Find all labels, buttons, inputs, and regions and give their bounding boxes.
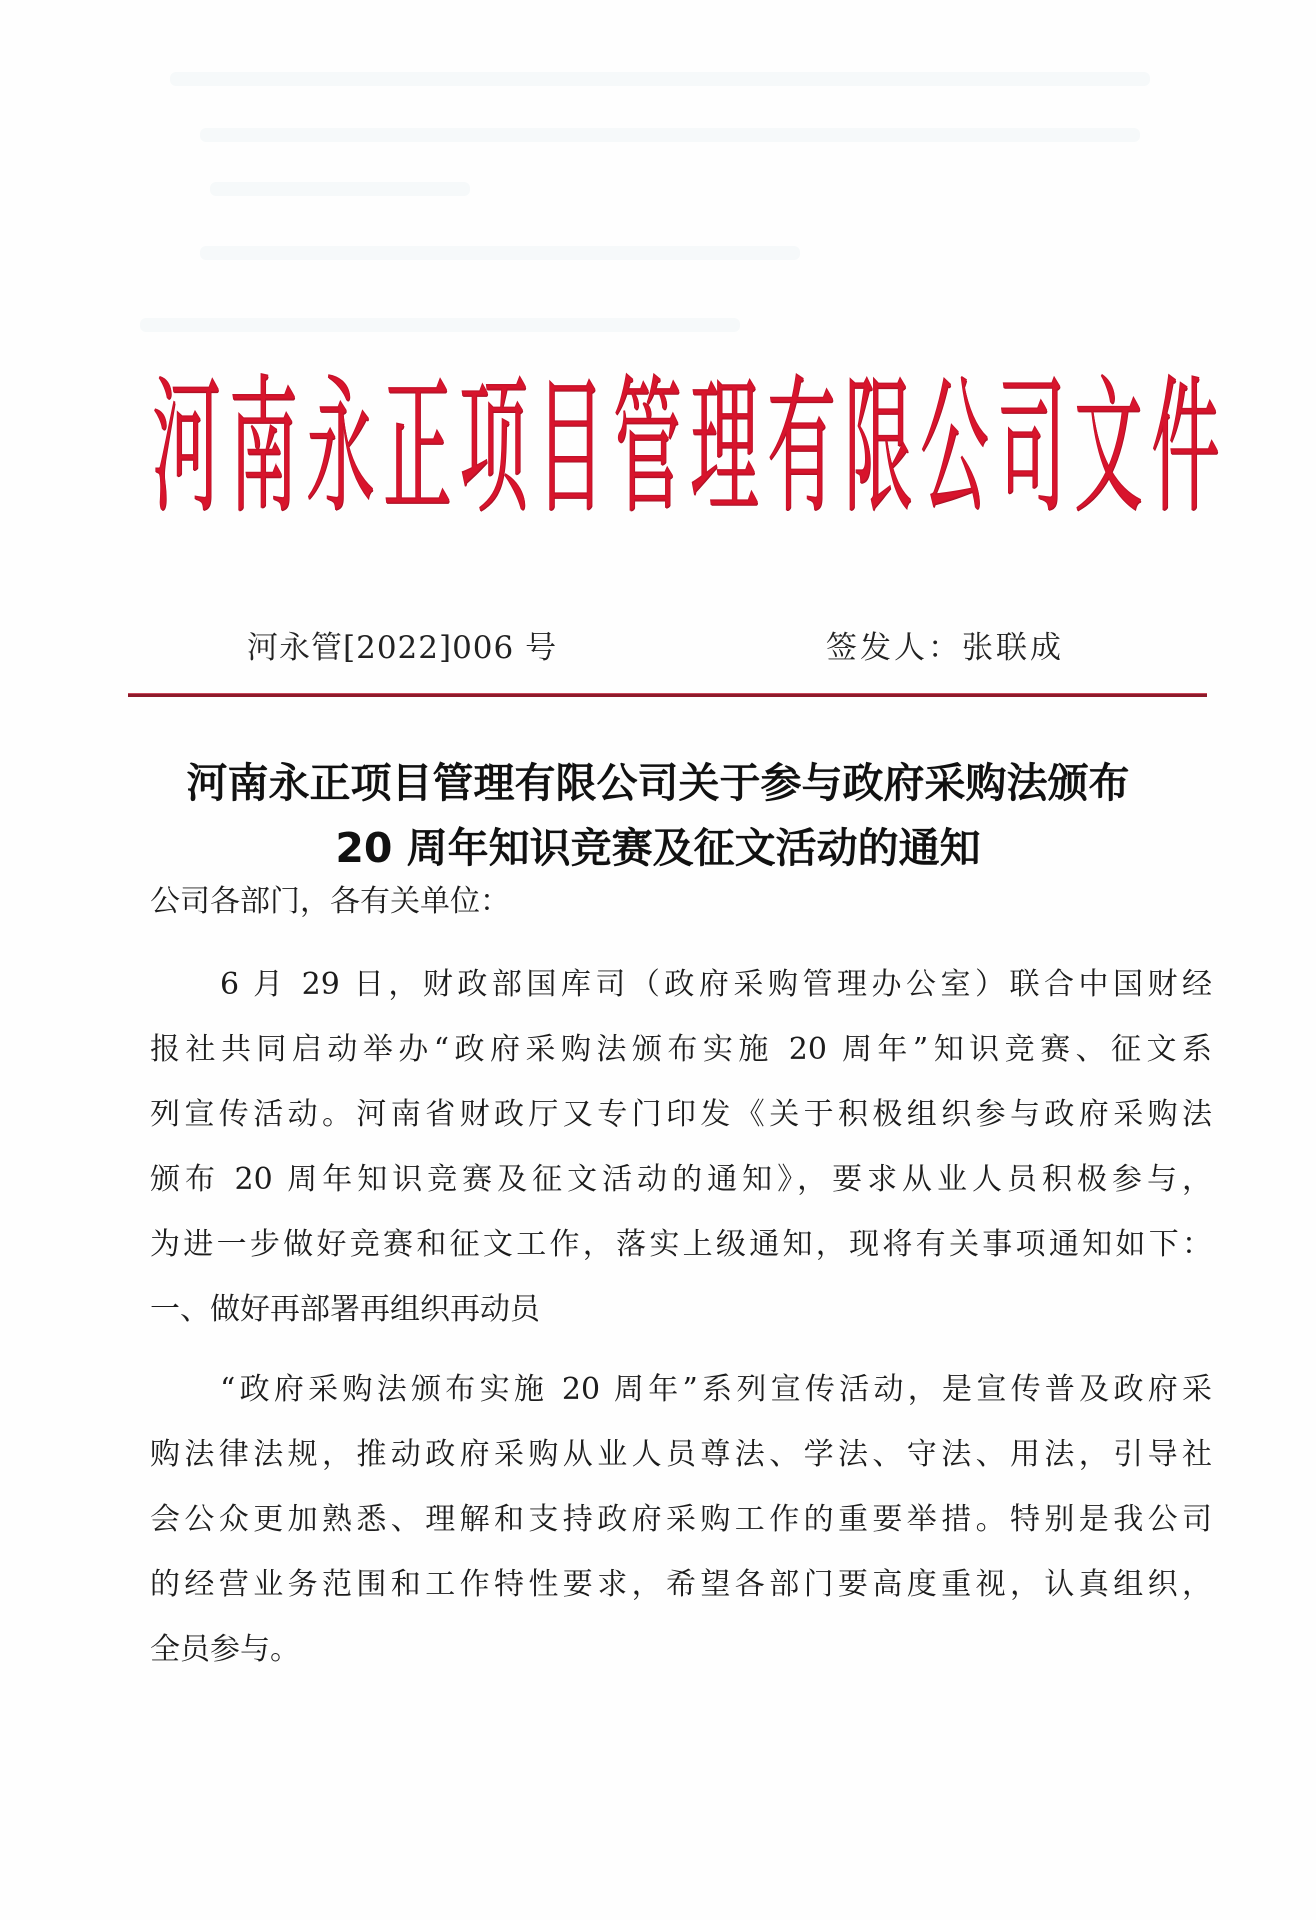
red-separator-rule [128, 693, 1207, 697]
document-number: 河永管[2022]006 号 [247, 622, 557, 667]
letterhead-char: 项 [459, 373, 506, 521]
letterhead-char: 公 [921, 373, 968, 521]
paragraph-2-line: 全员参与。 [150, 1630, 1212, 1670]
letterhead-char: 限 [844, 373, 891, 521]
scan-artifact [200, 246, 800, 260]
paragraph-1-line: 颁布 20 周年知识竞赛及征文活动的通知》，要求从业人员积极参与， [150, 1160, 1212, 1200]
scan-artifact [200, 128, 1140, 142]
scan-artifact [210, 182, 470, 196]
red-letterhead: 河 南 永 正 项 目 管 理 有 限 公 司 文 件 [140, 362, 1210, 532]
scan-artifact [140, 318, 740, 332]
letterhead-char: 河 [152, 373, 199, 521]
letterhead-char: 目 [536, 373, 583, 521]
letterhead-char: 有 [767, 373, 814, 521]
notice-title-line-2: 20 周年知识竞赛及征文活动的通知 [0, 815, 1316, 874]
letterhead-char: 正 [383, 373, 430, 521]
paragraph-1-line: 列宣传活动。河南省财政厅又专门印发《关于积极组织参与政府采购法 [150, 1095, 1212, 1135]
letterhead-char: 管 [613, 373, 660, 521]
letterhead-char: 文 [1074, 373, 1121, 521]
paragraph-2-line: 购法律法规，推动政府采购从业人员尊法、学法、守法、用法，引导社 [150, 1435, 1212, 1475]
letterhead-char: 件 [1151, 373, 1198, 521]
issuer-signatory: 签发人：张联成 [826, 622, 1064, 667]
paragraph-2-line: “政府采购法颁布实施 20 周年”系列宣传活动，是宣传普及政府采 [220, 1370, 1212, 1410]
document-meta: 河永管[2022]006 号 签发人：张联成 [0, 622, 1316, 672]
scan-artifact [170, 72, 1150, 86]
document-page: 河 南 永 正 项 目 管 理 有 限 公 司 文 件 河永管[2022]006… [0, 0, 1316, 1920]
section-1-heading: 一、做好再部署再组织再动员 [150, 1290, 1212, 1330]
paragraph-1-line: 为进一步做好竞赛和征文工作，落实上级通知，现将有关事项通知如下： [150, 1225, 1212, 1265]
paragraph-2-line: 的经营业务范围和工作特性要求，希望各部门要高度重视，认真组织， [150, 1565, 1212, 1605]
paragraph-1-line: 报社共同启动举办“政府采购法颁布实施 20 周年”知识竞赛、征文系 [150, 1030, 1212, 1070]
letterhead-char: 永 [306, 373, 353, 521]
letterhead-char: 司 [997, 373, 1044, 521]
paragraph-1-line: 6 月 29 日，财政部国库司（政府采购管理办公室）联合中国财经 [220, 965, 1212, 1005]
salutation: 公司各部门，各有关单位： [150, 882, 1212, 922]
paragraph-2-line: 会公众更加熟悉、理解和支持政府采购工作的重要举措。特别是我公司 [150, 1500, 1212, 1540]
notice-title-line-1: 河南永正项目管理有限公司关于参与政府采购法颁布 [0, 750, 1316, 809]
letterhead-char: 南 [229, 373, 276, 521]
letterhead-char: 理 [690, 373, 737, 521]
